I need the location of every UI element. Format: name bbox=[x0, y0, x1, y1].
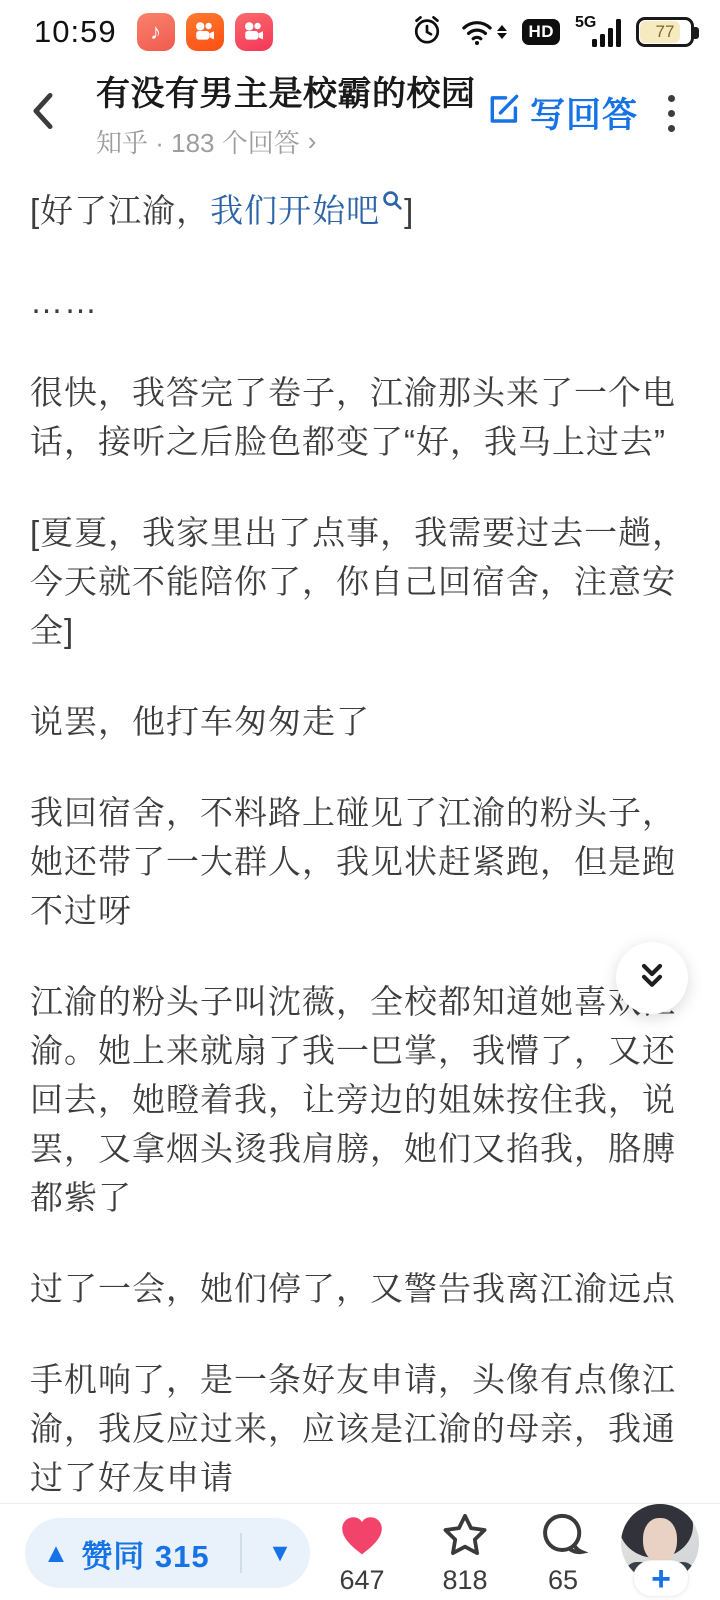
alarm-icon bbox=[410, 13, 444, 52]
paragraph-text: ] bbox=[404, 192, 414, 229]
signal-icon: 5G bbox=[575, 14, 621, 50]
search-icon[interactable] bbox=[381, 176, 404, 225]
chevron-right-icon: › bbox=[308, 126, 317, 157]
comment-bubble-icon bbox=[538, 1547, 588, 1564]
more-menu-button[interactable] bbox=[644, 95, 698, 132]
paragraph: 我回宿舍，不料路上碰见了江渝的粉头子，她还带了一大群人，我见状赶紧跑，但是跑不过… bbox=[30, 788, 690, 935]
comment-button[interactable]: 65 bbox=[518, 1510, 608, 1596]
favorite-button[interactable]: 818 bbox=[420, 1510, 510, 1596]
heart-icon bbox=[334, 1547, 390, 1564]
screen: 10:59 ♪ bbox=[0, 0, 720, 1600]
video-camera-app-icon-2 bbox=[235, 13, 273, 51]
header: 有没有男主是校霸的校园... 知乎 · 183 个回答 › 写回答 bbox=[0, 62, 720, 164]
follow-plus-button[interactable]: + bbox=[633, 1560, 689, 1597]
write-answer-label: 写回答 bbox=[530, 88, 638, 138]
wifi-icon bbox=[459, 16, 507, 48]
hd-badge: HD bbox=[522, 19, 560, 45]
question-title: 有没有男主是校霸的校园... bbox=[96, 66, 474, 115]
scroll-to-bottom-button[interactable] bbox=[616, 942, 688, 1014]
answer-body: [好了江渝，我们开始吧 ] …… 很快，我答完了卷子，江渝那头来了一个电话，接听… bbox=[30, 176, 690, 1544]
paragraph: 过了一会，她们停了，又警告我离江渝远点 bbox=[30, 1264, 690, 1313]
write-answer-button[interactable]: 写回答 bbox=[486, 88, 638, 138]
paragraph: 江渝的粉头子叫沈薇，全校都知道她喜欢江渝。她上来就扇了我一巴掌，我懵了，又还回去… bbox=[30, 977, 690, 1222]
status-bar: 10:59 ♪ bbox=[0, 0, 720, 58]
answer-count: 知乎 · 183 个回答 bbox=[96, 123, 300, 160]
notification-app-icons: ♪ bbox=[137, 13, 273, 51]
search-entity-link[interactable]: 我们开始吧 bbox=[210, 192, 380, 229]
status-icons: HD 5G 77 bbox=[410, 13, 694, 52]
question-meta: 知乎 · 183 个回答 › bbox=[96, 123, 474, 160]
vote-pill: ▲ 赞同 315 ▼ bbox=[25, 1518, 310, 1588]
author-avatar-button[interactable]: + bbox=[621, 1504, 701, 1599]
paragraph-text: [好了江渝， bbox=[30, 192, 210, 229]
downvote-button[interactable]: ▼ bbox=[268, 1539, 293, 1568]
paragraph: [夏夏，我家里出了点事，我需要过去一趟，今天就不能陪你了，你自己回宿舍，注意安全… bbox=[30, 508, 690, 655]
back-button[interactable] bbox=[26, 78, 82, 148]
back-chevron-icon bbox=[26, 88, 60, 139]
paragraph: …… bbox=[30, 277, 690, 326]
like-count: 647 bbox=[317, 1565, 407, 1596]
music-app-icon: ♪ bbox=[137, 13, 175, 51]
vote-divider bbox=[240, 1533, 242, 1573]
question-title-block[interactable]: 有没有男主是校霸的校园... 知乎 · 183 个回答 › bbox=[96, 66, 474, 160]
battery-icon: 77 bbox=[636, 17, 694, 47]
clock-time: 10:59 bbox=[34, 14, 117, 50]
paragraph: 很快，我答完了卷子，江渝那头来了一个电话，接听之后脸色都变了“好，我马上过去” bbox=[30, 368, 690, 466]
favorite-count: 818 bbox=[420, 1565, 510, 1596]
bottom-action-bar: ▲ 赞同 315 ▼ 647 818 bbox=[0, 1503, 720, 1600]
double-chevron-down-icon bbox=[632, 956, 672, 1001]
comment-count: 65 bbox=[518, 1565, 608, 1596]
like-button[interactable]: 647 bbox=[317, 1510, 407, 1596]
paragraph: 手机响了，是一条好友申请，头像有点像江渝，我反应过来，应该是江渝的母亲，我通过了… bbox=[30, 1355, 690, 1502]
star-icon bbox=[438, 1547, 492, 1564]
video-camera-app-icon bbox=[186, 13, 224, 51]
paragraph: [好了江渝，我们开始吧 ] bbox=[30, 176, 690, 235]
paragraph: 说罢，他打车匆匆走了 bbox=[30, 697, 690, 746]
edit-icon bbox=[486, 91, 522, 136]
upvote-count-label[interactable]: 赞同 315 bbox=[81, 1531, 209, 1576]
upvote-button[interactable]: ▲ bbox=[43, 1538, 70, 1569]
